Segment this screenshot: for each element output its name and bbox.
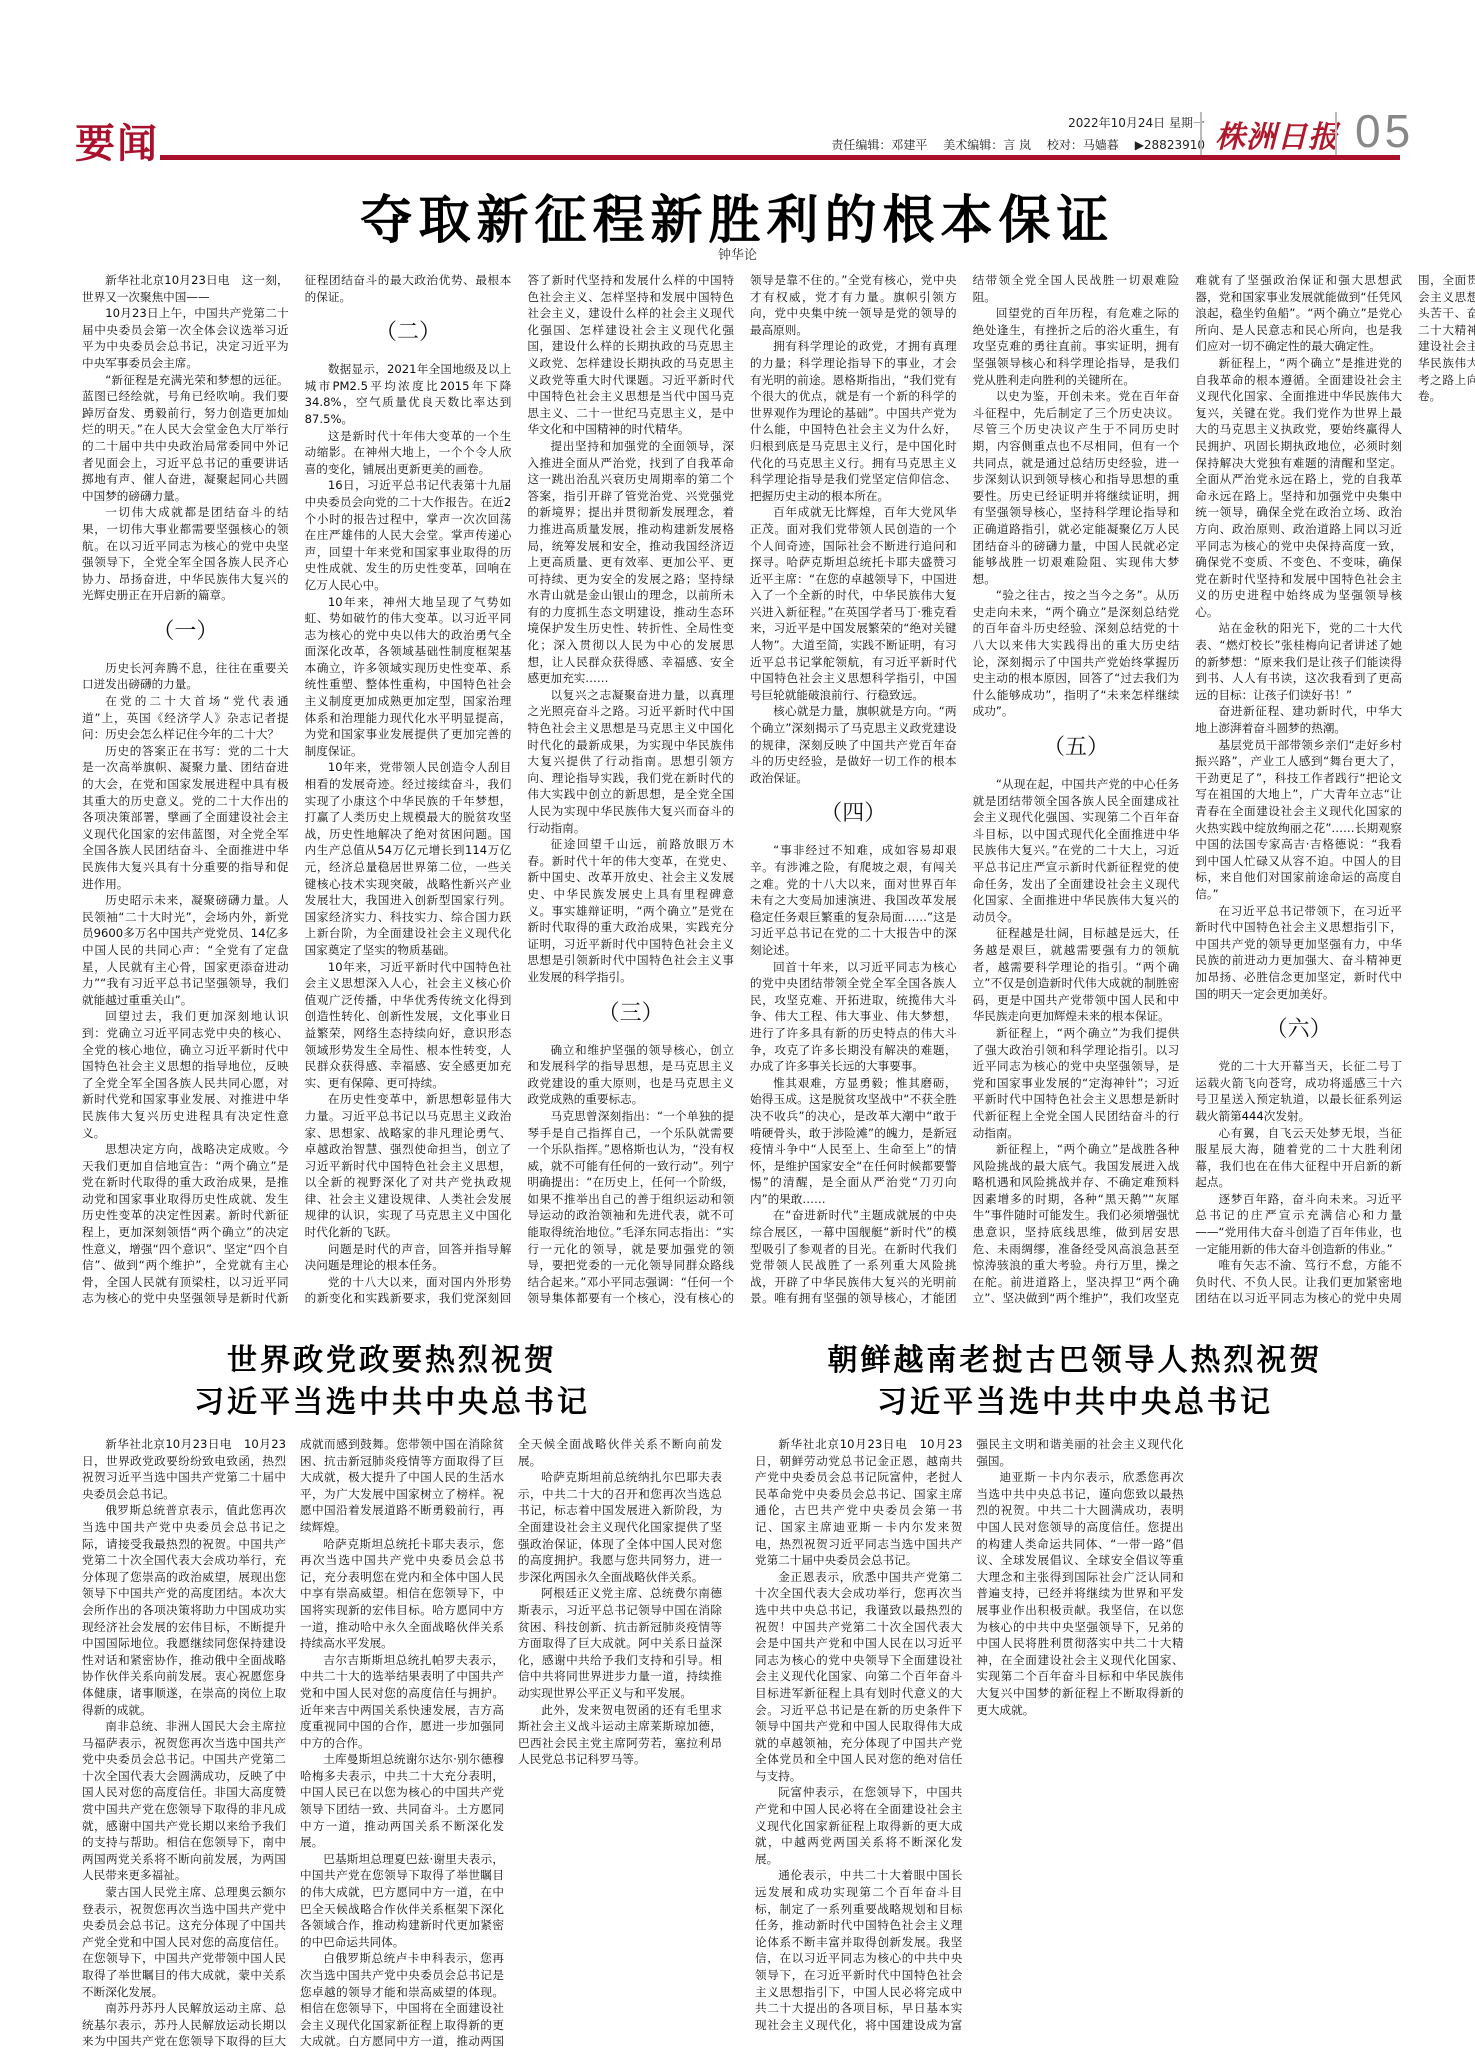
masthead-rule: [160, 155, 1400, 160]
header-divider: [1200, 112, 1202, 160]
paragraph: 蒙古国人民党主席、总理奥云额尔登表示，祝贺您再次当选中国共产党中央委员会总书记。…: [82, 1884, 286, 2000]
paragraph: 数据显示，2021年全国地级及以上城市PM2.5平均浓度比2015年下降34.8…: [305, 361, 512, 427]
right-article-title-line1: 朝鲜越南老挝古巴领导人热烈祝贺: [745, 1340, 1405, 1382]
paragraph: 在习近平总书记带领下，在习近平新时代中国特色社会主义思想指引下，中国共产党的领导…: [1195, 903, 1402, 1003]
right-article-title: 朝鲜越南老挝古巴领导人热烈祝贺 习近平当选中共中央总书记: [745, 1340, 1405, 1424]
paragraph: 新征程上，“两个确立”为我们提供了强大政治引领和科学理论指引。以习近平同志为核心…: [973, 1025, 1180, 1141]
paragraph: 提出坚持和加强党的全面领导，深入推进全面从严治党，找到了自我革命这一跳出治乱兴衰…: [527, 438, 734, 687]
paragraph: 阿根廷正义党主席、总统费尔南德斯表示，习近平总书记领导中国在消除贫困、科技创新、…: [518, 1585, 722, 1701]
paragraph: 在历史性变革中，新思想彰显伟大力量。习近平总书记以马克思主义政治家、思想家、战略…: [305, 1091, 512, 1240]
page-number: 05: [1355, 104, 1414, 158]
editor-credit: 责任编辑：邓建平: [831, 138, 927, 152]
phone-number: ▶28823910: [1135, 138, 1205, 152]
paragraph: 核心就是力量，旗帜就是方向。“两个确立”深刻揭示了马克思主义政党建设的规律，深刻…: [750, 703, 957, 786]
paragraph: 征程越是壮阔，目标越是远大，任务越是艰巨，就越需要强有力的领航者，越需要科学理论…: [973, 925, 1180, 1025]
paragraph: 俄罗斯总统普京表示，值此您再次当选中国共产党中央委员会总书记之际，请接受我最热烈…: [82, 1502, 286, 1718]
paragraph: 这是新时代十年伟大变革的一个生动缩影。在神州大地上，一个个令人欣喜的变化，铺展出…: [305, 428, 512, 478]
paragraph: 基层党员干部带领乡亲们“走好乡村振兴路”，产业工人感到“舞台更大了，干劲更足了”…: [1195, 737, 1402, 903]
paragraph: 10年来，党带领人民创造令人刮目相看的发展奇迹。经过接续奋斗，我们实现了小康这个…: [305, 759, 512, 958]
paragraph: 回首十年来，以习近平同志为核心的党中央团结带领全党全军全国各族人民，攻坚克难、开…: [750, 959, 957, 1075]
paragraph: 10年来，习近平新时代中国特色社会主义思想深入人心，社会主义核心价值观广泛传播，…: [305, 959, 512, 1092]
left-article-body: 新华社北京10月23日电 10月23日，世界政党政要纷纷致电致函，热烈祝贺习近平…: [82, 1436, 722, 2056]
paragraph: 惟其艰难，方显勇毅；惟其磨砺，始得玉成。这是脱贫攻坚战中“不获全胜决不收兵”的决…: [750, 1075, 957, 1208]
paragraph: 金正恩表示，欣悉中国共产党第二十次全国代表大会成功举行，您再次当选中共中央总书记…: [755, 1569, 962, 1785]
paragraph: 站在金秋的阳光下，党的二十大代表、“燃灯校长”张桂梅向记者讲述了她的新梦想：“原…: [1195, 620, 1402, 703]
main-article-title: 夺取新征程新胜利的根本保证: [0, 178, 1475, 253]
header-divider: [1335, 112, 1337, 160]
paragraph: 拥有科学理论的政党，才拥有真理的力量；科学理论指导下的事业，才会有光明的前途。恩…: [750, 338, 957, 504]
paragraph: 心有翼，自飞云天处梦无垠，当征服星辰大海，随着党的二十大胜利闭幕，我们也在在伟大…: [1195, 1125, 1402, 1191]
paragraph: 确立和维护坚强的领导核心，创立和发展科学的指导思想，是马克思主义政党建设的重大原…: [527, 1042, 734, 1108]
issue-date: 2022年10月24日 星期一: [819, 112, 1205, 134]
paragraph: 回望过去，我们更加深刻地认识到：党确立习近平同志党中央的核心、全党的核心地位，确…: [82, 1008, 289, 1141]
section-heading: （六）: [1195, 1008, 1402, 1052]
paragraph: 历史的答案正在书写：党的二十大是一次高举旗帜、凝聚力量、团结奋进的大会，在党和国…: [82, 743, 289, 892]
main-article-body: 新华社北京10月23日电 这一刻，世界又一次聚焦中国——10月23日上午，中国共…: [82, 272, 1402, 1312]
paragraph: 征途回望千山远，前路放眼万木春。新时代十年的伟大变革，在党史、新中国史、改革开放…: [527, 836, 734, 985]
paragraph: 哈萨克斯坦前总统纳扎尔巴耶夫表示，中共二十大的召开和您再次当选总书记，标志着中国…: [518, 1469, 722, 1585]
paragraph: “事非经过不知难，成如容易却艰辛。有涉滩之险，有爬坡之艰，有闯关之难。党的十八大…: [750, 842, 957, 958]
right-article-title-line2: 习近平当选中共中央总书记: [745, 1382, 1405, 1424]
paragraph: 巴基斯坦总理夏巴兹·谢里夫表示，中国共产党在您领导下取得了举世瞩目的伟大成就，巴…: [300, 1851, 504, 1951]
paragraph: 以复兴之志凝聚奋进力量，以真理之光照亮奋斗之路。习近平新时代中国特色社会主义思想…: [527, 687, 734, 836]
paragraph: 迪亚斯－卡内尔表示，欣悉您再次当选中共中央总书记，谨向您致以最热烈的祝贺。中共二…: [976, 1469, 1183, 1718]
right-article-body: 新华社北京10月23日电 10月23日，朝鲜劳动党总书记金正恩，越南共产党中央委…: [755, 1436, 1405, 2056]
paragraph: 新华社北京10月23日电 这一刻，世界又一次聚焦中国——: [82, 272, 289, 305]
masthead: 要闻 2022年10月24日 星期一 责任编辑：邓建平 美术编辑：言 岚 校对：…: [0, 0, 1475, 160]
paragraph: 在党的二十大首场“党代表通道”上，英国《经济学人》杂志记者提问：历史会怎么样记住…: [82, 693, 289, 743]
art-editor-credit: 美术编辑：言 岚: [943, 138, 1031, 152]
paragraph: 土库曼斯坦总统谢尔达尔·别尔德穆哈梅多夫表示，中共二十大充分表明，中国人民已在以…: [300, 1751, 504, 1851]
paragraph: “新征程是充满光荣和梦想的远征。蓝图已经绘就，号角已经吹响。我们要踔厉奋发、勇毅…: [82, 372, 289, 505]
left-article-title-line2: 习近平当选中共中央总书记: [82, 1382, 702, 1424]
section-heading: （四）: [750, 792, 957, 836]
section-tag: 要闻: [75, 112, 159, 169]
paragraph: 此外，发来贺电贺函的还有毛里求斯社会主义战斗运动主席莱斯琼加德，巴西社会民主党主…: [518, 1702, 722, 1768]
paragraph: 逐梦百年路，奋斗向未来。习近平总书记的庄严宣示充满信心和力量——“党用伟大奋斗创…: [1195, 1191, 1402, 1257]
section-heading: （二）: [305, 311, 512, 355]
paragraph: “验之往古，按之当今之务”。从历史走向未来，“两个确立”是深刻总结党的百年奋斗历…: [973, 587, 1180, 720]
paragraph: 历史昭示未来，凝聚磅礴力量。人民领袖“二十大时光”，会场内外，新党员9600多万…: [82, 892, 289, 1008]
byline: 钟华论: [0, 244, 1475, 263]
paragraph: 哈萨克斯坦总统托卡耶夫表示，您再次当选中国共产党中央委员会总书记，充分表明您在党…: [300, 1536, 504, 1652]
paragraph: 一切伟大成就都是团结奋斗的结果，一切伟大事业都需要坚强核心的领航。在以习近平同志…: [82, 504, 289, 604]
paragraph: 10年来，神州大地呈现了气势如虹、势如破竹的伟大变革。以习近平同志为核心的党中央…: [305, 594, 512, 760]
header-meta: 2022年10月24日 星期一 责任编辑：邓建平 美术编辑：言 岚 校对：马嫱暮…: [819, 112, 1205, 156]
paragraph: 新征程上，“两个确立”是推进党的自我革命的根本遵循。全面建设社会主义现代化国家、…: [1195, 355, 1402, 621]
section-heading: （三）: [527, 992, 734, 1036]
paragraph: 以史为鉴，开创未来。党在百年奋斗征程中，先后制定了三个历史决议。尽管三个历史决议…: [973, 388, 1180, 587]
section-heading: （一）: [82, 610, 289, 654]
section-heading: （五）: [973, 726, 1180, 770]
paragraph: 回望党的百年历程，有危难之际的绝处逢生，有挫折之后的浴火重生，有攻坚克难的勇往直…: [973, 305, 1180, 388]
credits: 责任编辑：邓建平 美术编辑：言 岚 校对：马嫱暮 ▶28823910: [819, 138, 1205, 152]
left-article-title: 世界政党政要热烈祝贺 习近平当选中共中央总书记: [82, 1340, 702, 1424]
paragraph: “从现在起，中国共产党的中心任务就是团结带领全国各族人民全面建成社会主义现代化强…: [973, 776, 1180, 925]
paragraph: 南非总统、非洲人国民大会主席拉马福萨表示，祝贺您再次当选中国共产党中央委员会总书…: [82, 1718, 286, 1884]
paragraph: 吉尔吉斯斯坦总统扎帕罗夫表示，中共二十大的选举结果表明了中国共产党和中国人民对您…: [300, 1652, 504, 1752]
paragraph: 新华社北京10月23日电 10月23日，朝鲜劳动党总书记金正恩，越南共产党中央委…: [755, 1436, 962, 1569]
paragraph: 历史长河奔腾不息，往往在重要关口迸发出磅礴的力量。: [82, 660, 289, 693]
left-article-title-line1: 世界政党政要热烈祝贺: [82, 1340, 702, 1382]
paragraph: 问题是时代的声音，回答并指导解决问题是理论的根本任务。: [305, 1241, 512, 1274]
paragraph: 新华社北京10月23日电 10月23日，世界政党政要纷纷致电致函，热烈祝贺习近平…: [82, 1436, 286, 1502]
paragraph: 10月23日上午，中国共产党第二十届中央委员会第一次全体会议选举习近平为中央委员…: [82, 305, 289, 371]
proofreader-credit: 校对：马嫱暮: [1047, 138, 1119, 152]
newspaper-logo: 株洲日报: [1215, 112, 1339, 156]
paragraph: 百年成就无比辉煌，百年大党风华正茂。面对我们党带领人民创造的一个个人间奇迹，国际…: [750, 504, 957, 703]
paragraph: 16日，习近平总书记代表第十九届中央委员会向党的二十大作报告。在近2个小时的报告…: [305, 477, 512, 593]
paragraph: 党的二十大开幕当天，长征二号丁运载火箭飞向苍穹，成功将遥感三十六号卫星送入预定轨…: [1195, 1058, 1402, 1124]
paragraph: 阮富仲表示，在您领导下，中国共产党和中国人民必将在全面建设社会主义现代化国家新征…: [755, 1784, 962, 1867]
paragraph: 奋进新征程、建功新时代，中华大地上澎湃着奋斗圆梦的热潮。: [1195, 703, 1402, 736]
